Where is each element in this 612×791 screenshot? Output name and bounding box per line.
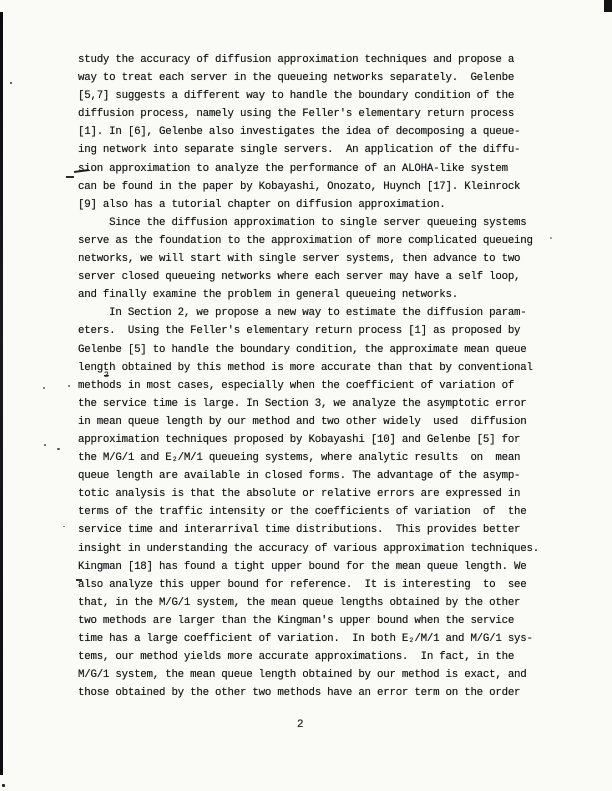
text-line: queue length are available in closed for… [78,467,578,485]
text-line: also analyze this upper bound for refere… [78,576,578,594]
text-line: the M/G/1 and E₂/M/1 queueing systems, w… [78,449,578,467]
text-line: ing network into separate single servers… [78,141,578,159]
text-line: study the accuracy of diffusion approxim… [78,51,578,69]
text-line: eters. Using the Feller's elementary ret… [78,322,578,340]
text-line: diffusion process, namely using the Fell… [78,105,578,123]
text-line: networks, we will start with single serv… [78,250,578,268]
scan-speck [10,82,12,84]
text-line: server closed queueing networks where ea… [78,268,578,286]
scan-speck [57,448,60,450]
scan-corner-mark [604,0,612,12]
scan-edge-line [0,12,3,775]
scan-speck [63,526,65,527]
text-line: serve as the foundation to the approxima… [78,232,578,250]
text-line: way to treat each server in the queueing… [78,69,578,87]
page-number: 2 [297,719,303,731]
text-line: methods in most cases, especially when t… [78,377,578,395]
text-line: those obtained by the other two methods … [78,684,578,702]
text-line: can be found in the paper by Kobayashi, … [78,178,578,196]
scan-speck [68,385,70,387]
scanned-paper-page: 2 study the accuracy of diffusion approx… [0,0,612,791]
text-line: that, in the M/G/1 system, the mean queu… [78,594,578,612]
document-text: study the accuracy of diffusion approxim… [78,51,578,702]
text-line: Since the diffusion approximation to sin… [78,214,578,232]
scan-speck [44,444,46,446]
text-line: terms of the traffic intensity or the co… [78,503,578,521]
text-line: service time and interarrival time distr… [78,521,578,539]
text-line: and finally examine the problem in gener… [78,286,578,304]
text-line: Gelenbe [5] to handle the boundary condi… [78,341,578,359]
text-line: length obtained by this method is more a… [78,359,578,377]
text-line: tems, our method yields more accurate ap… [78,648,578,666]
text-line: insight in understanding the accuracy of… [78,540,578,558]
text-line: the service time is large. In Section 3,… [78,395,578,413]
typo-dash-mark [66,176,74,178]
scan-speck [2,784,5,787]
text-line: totic analysis is that the absolute or r… [78,485,578,503]
text-line: M/G/1 system, the mean queue length obta… [78,666,578,684]
text-line: In Section 2, we propose a new way to es… [78,304,578,322]
text-line: two methods are larger than the Kingman'… [78,612,578,630]
text-line: approximation techniques proposed by Kob… [78,431,578,449]
text-line: in mean queue length by our method and t… [78,413,578,431]
text-line: [5,7] suggests a different way to handle… [78,87,578,105]
scan-speck [43,387,45,389]
text-line: time has a large coefficient of variatio… [78,630,578,648]
text-line: [9] also has a tutorial chapter on diffu… [78,196,578,214]
text-line: [1]. In [6], Gelenbe also investigates t… [78,123,578,141]
text-line: Kingman [18] has found a tight upper bou… [78,558,578,576]
text-line: sion approximation to analyze the perfor… [78,160,578,178]
